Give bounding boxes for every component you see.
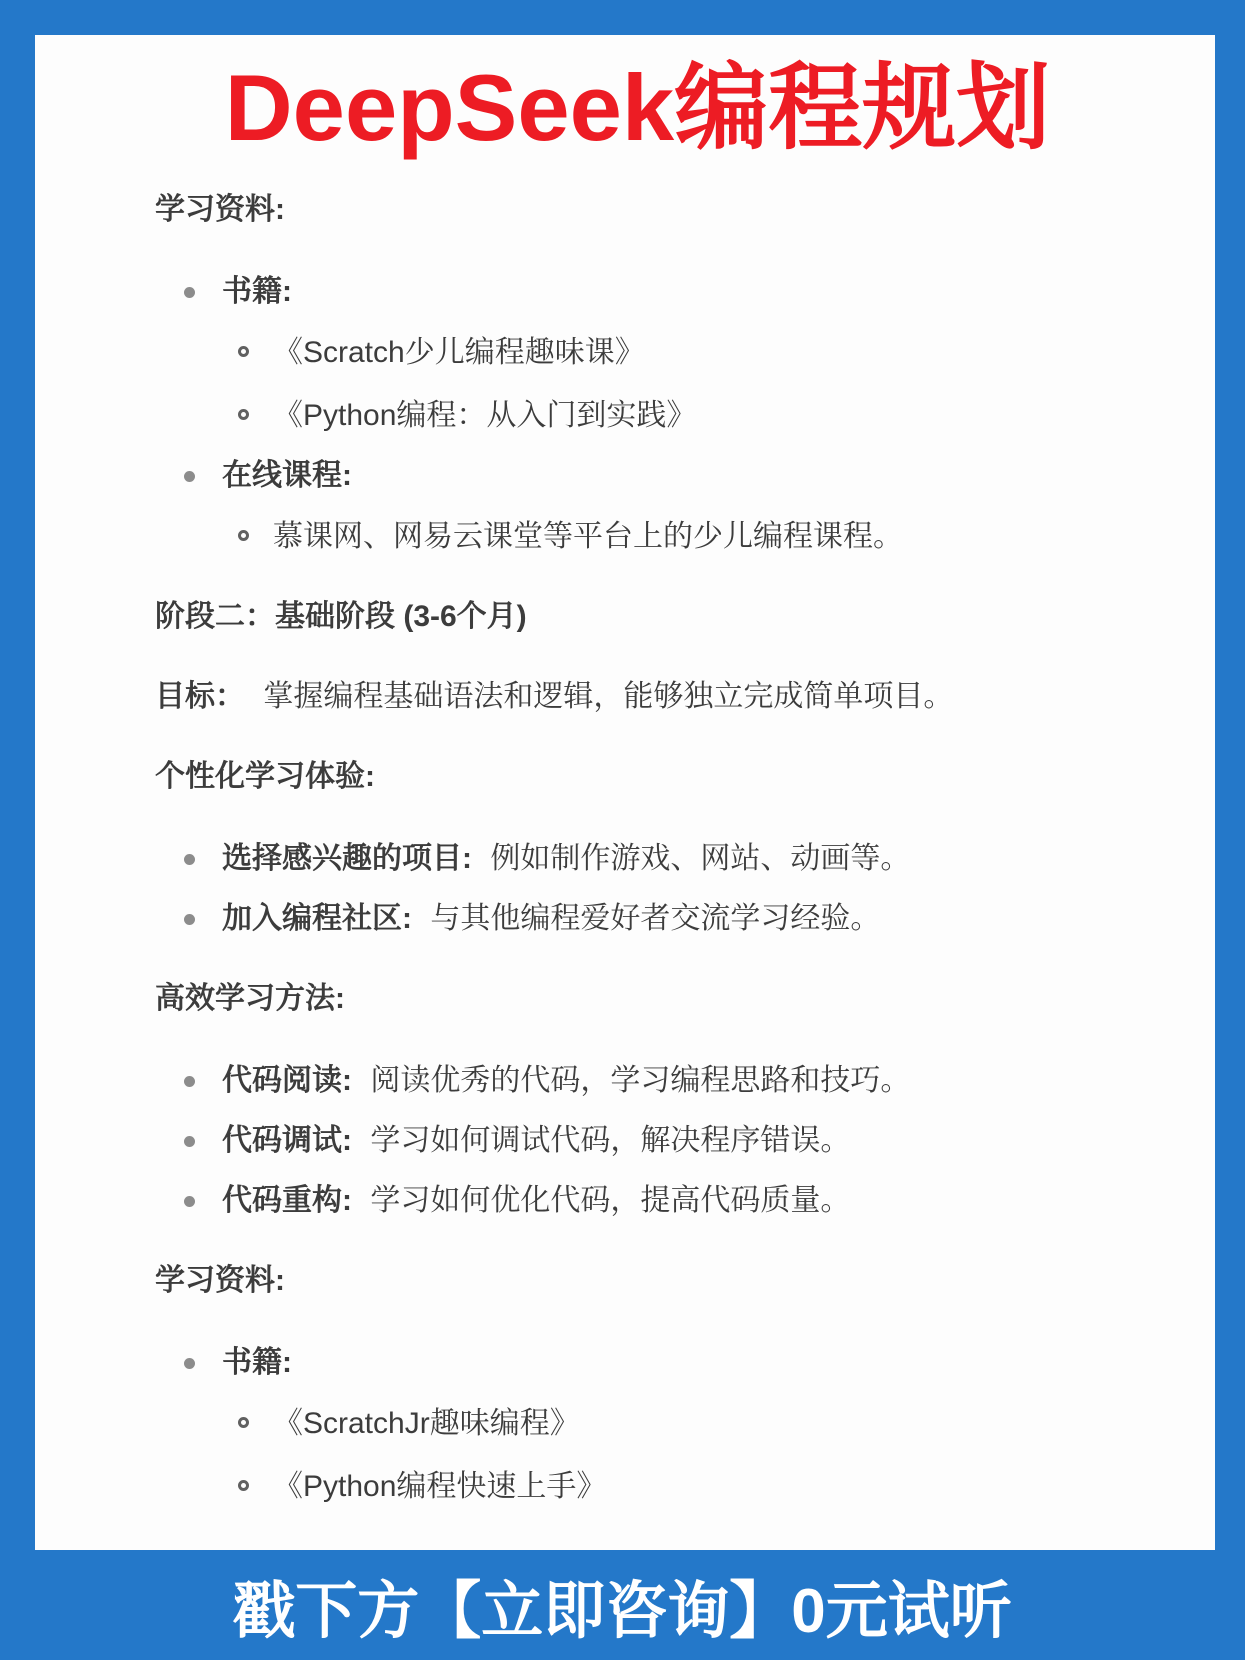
books-sublist-2: 《ScratchJr趣味编程》 《Python编程快速上手》 <box>222 1409 1160 1502</box>
list-item-label: 书籍: <box>222 275 292 308</box>
list-item-text: 学习如何优化代码，提高代码质量。 <box>370 1184 850 1217</box>
list-item: 慕课网、网易云课堂等平台上的少儿编程课程。 <box>222 522 1160 552</box>
list-item-text: 阅读优秀的代码，学习编程思路和技巧。 <box>370 1064 910 1097</box>
list-item-text: 《Python编程：从入门到实践》 <box>273 399 696 432</box>
list-item-text: 《Python编程快速上手》 <box>273 1470 606 1503</box>
bullet-dot-icon <box>184 1358 195 1369</box>
goal-label: 目标： <box>155 680 245 713</box>
section-heading-phase2: 阶段二：基础阶段 (3-6个月) <box>155 602 1160 632</box>
list-item-label: 书籍: <box>222 1346 292 1379</box>
list-item: 加入编程社区: 与其他编程爱好者交流学习经验。 <box>155 904 1160 934</box>
goal-paragraph: 目标： 掌握编程基础语法和逻辑，能够独立完成简单项目。 <box>155 682 1160 712</box>
list-item: 《Python编程：从入门到实践》 <box>222 401 1160 431</box>
section-heading-methods: 高效学习方法: <box>155 984 1160 1014</box>
section-heading-study-materials-1: 学习资料: <box>155 195 1160 225</box>
list-item-text: 《Scratch少儿编程趣味课》 <box>273 336 645 369</box>
books-sublist-1: 《Scratch少儿编程趣味课》 《Python编程：从入门到实践》 <box>222 338 1160 431</box>
list-item-label: 代码调试: <box>222 1124 352 1157</box>
bullet-dot-icon <box>184 471 195 482</box>
list-item-text: 《ScratchJr趣味编程》 <box>273 1407 580 1440</box>
courses-sublist: 慕课网、网易云课堂等平台上的少儿编程课程。 <box>222 522 1160 552</box>
study-materials-list-1: 书籍: 《Scratch少儿编程趣味课》 《Python编程：从入门到实践》 在… <box>155 277 1160 552</box>
section-heading-personalized: 个性化学习体验: <box>155 762 1160 792</box>
bullet-circle-icon <box>238 409 249 420</box>
bullet-dot-icon <box>184 1196 195 1207</box>
bullet-dot-icon <box>184 1076 195 1087</box>
bullet-dot-icon <box>184 1136 195 1147</box>
personalized-list: 选择感兴趣的项目: 例如制作游戏、网站、动画等。 加入编程社区: 与其他编程爱好… <box>155 844 1160 934</box>
list-item-label: 加入编程社区: <box>222 902 412 935</box>
list-item-label: 在线课程: <box>222 459 352 492</box>
document-body: DeepSeek编程规划 学习资料: 书籍: 《Scratch少儿编程趣味课》 … <box>35 35 1215 1502</box>
methods-list: 代码阅读: 阅读优秀的代码，学习编程思路和技巧。 代码调试: 学习如何调试代码，… <box>155 1066 1160 1216</box>
bullet-circle-icon <box>238 1417 249 1428</box>
list-item-text: 例如制作游戏、网站、动画等。 <box>490 842 910 875</box>
cta-banner-text: 戳下方【立即咨询】0元试听 <box>233 1561 1011 1650</box>
list-item: 在线课程: 慕课网、网易云课堂等平台上的少儿编程课程。 <box>155 461 1160 552</box>
list-item: 《Scratch少儿编程趣味课》 <box>222 338 1160 368</box>
list-item: 代码阅读: 阅读优秀的代码，学习编程思路和技巧。 <box>155 1066 1160 1096</box>
list-item-text: 学习如何调试代码，解决程序错误。 <box>370 1124 850 1157</box>
list-item-text: 与其他编程爱好者交流学习经验。 <box>430 902 880 935</box>
list-item: 代码调试: 学习如何调试代码，解决程序错误。 <box>155 1126 1160 1156</box>
study-materials-list-2: 书籍: 《ScratchJr趣味编程》 《Python编程快速上手》 <box>155 1348 1160 1502</box>
bullet-dot-icon <box>184 914 195 925</box>
section-heading-study-materials-2: 学习资料: <box>155 1266 1160 1296</box>
goal-text: 掌握编程基础语法和逻辑，能够独立完成简单项目。 <box>263 680 953 713</box>
list-item: 书籍: 《Scratch少儿编程趣味课》 《Python编程：从入门到实践》 <box>155 277 1160 431</box>
bullet-circle-icon <box>238 346 249 357</box>
list-item-label: 代码重构: <box>222 1184 352 1217</box>
list-item-text: 慕课网、网易云课堂等平台上的少儿编程课程。 <box>273 520 903 553</box>
list-item: 选择感兴趣的项目: 例如制作游戏、网站、动画等。 <box>155 844 1160 874</box>
page-title: DeepSeek编程规划 <box>155 57 1160 159</box>
list-item: 书籍: 《ScratchJr趣味编程》 《Python编程快速上手》 <box>155 1348 1160 1502</box>
bullet-dot-icon <box>184 854 195 865</box>
bullet-circle-icon <box>238 530 249 541</box>
list-item-label: 选择感兴趣的项目: <box>222 842 472 875</box>
content-panel: DeepSeek编程规划 学习资料: 书籍: 《Scratch少儿编程趣味课》 … <box>35 35 1215 1550</box>
cta-banner[interactable]: 戳下方【立即咨询】0元试听 <box>0 1550 1245 1660</box>
bullet-dot-icon <box>184 287 195 298</box>
list-item: 《Python编程快速上手》 <box>222 1472 1160 1502</box>
list-item: 代码重构: 学习如何优化代码，提高代码质量。 <box>155 1186 1160 1216</box>
bullet-circle-icon <box>238 1480 249 1491</box>
list-item: 《ScratchJr趣味编程》 <box>222 1409 1160 1439</box>
list-item-label: 代码阅读: <box>222 1064 352 1097</box>
